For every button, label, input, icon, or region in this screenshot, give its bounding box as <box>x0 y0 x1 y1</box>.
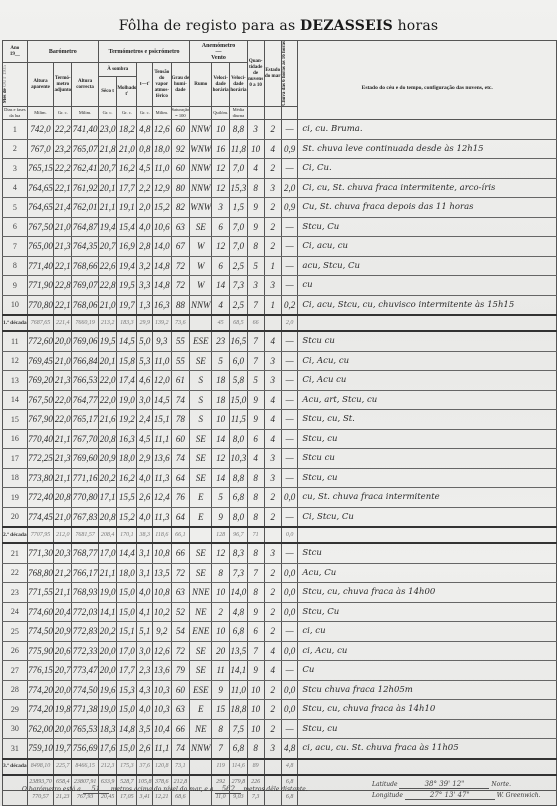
decade-sum-cell: 29,9 <box>137 315 153 331</box>
cell-seco: 22,0 <box>98 390 116 410</box>
observation-cell: ci, cu <box>298 622 557 642</box>
cell-mar: 2 <box>264 719 281 739</box>
table-row: 25774,5020,9772,8320,215,15,19,254ENE106… <box>3 622 557 642</box>
cell-rumo: SE <box>190 563 212 583</box>
cell-mar: 1 <box>264 295 281 315</box>
cell-seco: 19,0 <box>98 700 116 720</box>
cell-chuva: — <box>281 351 298 371</box>
decade-sum-cell <box>264 315 281 331</box>
wind-col-1: Rumo <box>190 63 212 107</box>
cell-alt-cor: 770,80 <box>72 488 99 508</box>
cell-dif: 2,8 <box>137 237 153 257</box>
clouds-header: Quan-tidade de nuvens 0 a 10 <box>247 41 264 107</box>
observation-cell: Ci, Acu, cu <box>298 351 557 371</box>
cell-vel-med: 11,8 <box>230 139 248 159</box>
cell-tensao: 16,3 <box>153 295 171 315</box>
observation-cell: Stcu cu <box>298 331 557 351</box>
barometer-note: O barómetro está a 51 metros acima do ní… <box>22 785 308 794</box>
cell-term: 19,7 <box>54 739 72 759</box>
cell-vel-med: 7,0 <box>230 217 248 237</box>
cell-alt-cor: 761,92 <box>72 178 99 198</box>
day-cell: 12 <box>3 351 28 371</box>
observations-header: Estado do céu e do tempo, configuração d… <box>298 41 557 120</box>
cell-seco: 18,3 <box>98 719 116 739</box>
cell-mar: 3 <box>264 543 281 563</box>
cell-mar: 2 <box>264 602 281 622</box>
day-cell: 15 <box>3 410 28 430</box>
cell-alt-ap: 772,40 <box>27 488 54 508</box>
cell-humid: 74 <box>171 390 190 410</box>
cell-tensao: 10,4 <box>153 719 171 739</box>
cell-alt-ap: 776,15 <box>27 661 54 681</box>
cell-mar: 2 <box>264 583 281 603</box>
cell-seco: 20,2 <box>98 468 116 488</box>
cell-vel-med: 15,3 <box>230 178 248 198</box>
cell-seco: 20,2 <box>98 622 116 642</box>
cell-vel: 10 <box>212 410 230 430</box>
decade-sum-cell: 119 <box>212 759 230 775</box>
decade-obs-empty <box>298 315 557 331</box>
table-row: 31759,1019,7756,6917,615,02,611,174NNW76… <box>3 739 557 759</box>
cell-alt-ap: 771,55 <box>27 583 54 603</box>
decade-summary-row: 2.ª década7707,95212,07681,57208,4170,13… <box>3 527 557 543</box>
cell-dif: 4,0 <box>137 468 153 488</box>
footer: O barómetro está a 51 metros acima do ní… <box>0 778 557 806</box>
cell-mar: 4 <box>264 410 281 430</box>
cell-vel-med: 18,8 <box>230 700 248 720</box>
cell-seco: 19,0 <box>98 583 116 603</box>
cell-alt-cor: 772,33 <box>72 641 99 661</box>
cell-mar: 3 <box>264 468 281 488</box>
decade-sum-cell: 7707,95 <box>27 527 54 543</box>
cell-vel-med: 8,8 <box>230 468 248 488</box>
cell-term: 21,3 <box>54 237 72 257</box>
table-row: 19772,4020,8770,8017,115,52,612,476E56,8… <box>3 488 557 508</box>
table-row: 28774,2020,0774,5019,615,34,310,360ESE91… <box>3 680 557 700</box>
cell-vel: 5 <box>212 351 230 371</box>
cell-chuva: — <box>281 390 298 410</box>
cell-term: 21,0 <box>54 217 72 237</box>
decade-sum-cell <box>190 527 212 543</box>
barometer-header: Barómetro <box>27 41 98 63</box>
cell-alt-cor: 741,40 <box>72 120 99 140</box>
cell-nuvens: 3 <box>247 276 264 296</box>
cell-nuvens: 8 <box>247 739 264 759</box>
cell-molh: 15,1 <box>117 622 137 642</box>
cell-alt-ap: 771,90 <box>27 276 54 296</box>
table-row: 16770,4021,1767,7020,816,34,511,160SE148… <box>3 429 557 449</box>
cell-alt-cor: 772,03 <box>72 602 99 622</box>
decade-sum-cell: 0,0 <box>281 527 298 543</box>
cell-humid: 60 <box>171 429 190 449</box>
cell-alt-cor: 768,06 <box>72 295 99 315</box>
cell-alt-ap: 765,00 <box>27 237 54 257</box>
cell-alt-cor: 767,70 <box>72 429 99 449</box>
day-cell: 24 <box>3 602 28 622</box>
cell-tensao: 12,4 <box>153 488 171 508</box>
cell-dif: 4,6 <box>137 371 153 391</box>
longitude: Longitude 27° 13' 47" W. Greenwich. <box>372 791 540 800</box>
cell-nuvens: 10 <box>247 680 264 700</box>
cell-mar: 2 <box>264 563 281 583</box>
cell-alt-cor: 768,93 <box>72 583 99 603</box>
cell-molh: 18,2 <box>117 120 137 140</box>
cell-chuva: — <box>281 449 298 469</box>
cell-alt-ap: 764,65 <box>27 198 54 218</box>
cell-seco: 14,1 <box>98 602 116 622</box>
decade-sum-cell: 221,4 <box>54 315 72 331</box>
cell-molh: 15,5 <box>117 488 137 508</box>
day-cell: 29 <box>3 700 28 720</box>
cell-rumo: E <box>190 507 212 527</box>
cell-alt-cor: 769,60 <box>72 449 99 469</box>
table-row: 18773,8021,1771,1620,216,24,011,364SE148… <box>3 468 557 488</box>
cell-tensao: 12,6 <box>153 120 171 140</box>
cell-nuvens: 9 <box>247 217 264 237</box>
cell-term: 20,6 <box>54 641 72 661</box>
cell-alt-ap: 767,50 <box>27 390 54 410</box>
decade-sum-cell: 8498,10 <box>27 759 54 775</box>
year-header: Ano19__ <box>3 41 28 63</box>
cell-vel: 2 <box>212 602 230 622</box>
cell-seco: 20,7 <box>98 159 116 179</box>
cell-alt-cor: 771,38 <box>72 700 99 720</box>
observation-cell: Stcu cu <box>298 449 557 469</box>
cell-nuvens: 9 <box>247 410 264 430</box>
cell-alt-ap: 769,20 <box>27 371 54 391</box>
cell-seco: 21,1 <box>98 563 116 583</box>
cell-term: 21,0 <box>54 351 72 371</box>
cell-chuva: 0,0 <box>281 488 298 508</box>
cell-alt-ap: 767,90 <box>27 410 54 430</box>
decade-sum-cell: 175,3 <box>117 759 137 775</box>
cell-vel: 23 <box>212 331 230 351</box>
cell-vel: 9 <box>212 680 230 700</box>
observation-cell: ci, cu. Bruma. <box>298 120 557 140</box>
cell-alt-ap: 770,80 <box>27 295 54 315</box>
cell-term: 21,1 <box>54 429 72 449</box>
cell-term: 22,0 <box>54 410 72 430</box>
day-cell: 30 <box>3 719 28 739</box>
cell-tensao: 12,0 <box>153 371 171 391</box>
cell-alt-cor: 764,87 <box>72 217 99 237</box>
cell-vel-med: 8,0 <box>230 429 248 449</box>
cell-seco: 22,8 <box>98 276 116 296</box>
day-cell: 23 <box>3 583 28 603</box>
cell-mar: 2 <box>264 217 281 237</box>
cell-vel-med: 14,0 <box>230 583 248 603</box>
cell-seco: 19,6 <box>98 680 116 700</box>
cell-humid: 60 <box>171 680 190 700</box>
decade-label: 1.ª década <box>3 315 28 331</box>
cell-vel: 12 <box>212 159 230 179</box>
day-cell: 6 <box>3 217 28 237</box>
cell-alt-ap: 772,60 <box>27 331 54 351</box>
cell-tensao: 10,8 <box>153 543 171 563</box>
cell-vel-med: 6,8 <box>230 622 248 642</box>
cell-seco: 21,0 <box>98 295 116 315</box>
cell-seco: 20,0 <box>98 641 116 661</box>
cell-mar: 2 <box>264 488 281 508</box>
cell-molh: 17,7 <box>117 661 137 681</box>
cell-nuvens: 10 <box>247 139 264 159</box>
cell-tensao: 14,5 <box>153 390 171 410</box>
cell-vel: 12 <box>212 543 230 563</box>
cell-alt-ap: 774,50 <box>27 622 54 642</box>
cell-humid: 82 <box>171 198 190 218</box>
cell-molh: 19,7 <box>117 295 137 315</box>
cell-nuvens: 7 <box>247 351 264 371</box>
cell-molh: 15,0 <box>117 700 137 720</box>
observation-cell: Stcu, cu, St. <box>298 410 557 430</box>
cell-alt-ap: 742,0 <box>27 120 54 140</box>
decade-sum-cell: 114,6 <box>230 759 248 775</box>
cell-nuvens: 8 <box>247 237 264 257</box>
decade-sum-cell: 183,3 <box>117 315 137 331</box>
cell-tensao: 14,8 <box>153 256 171 276</box>
cell-chuva: 2,0 <box>281 178 298 198</box>
day-cell: 3 <box>3 159 28 179</box>
table-row: 12769,4521,0766,8420,115,85,311,055SE56,… <box>3 351 557 371</box>
cell-dif: 0,8 <box>137 139 153 159</box>
cell-humid: 54 <box>171 622 190 642</box>
table-row: 4764,6522,1761,9220,117,72,212,980NNW121… <box>3 178 557 198</box>
cell-vel: 16 <box>212 139 230 159</box>
cell-humid: 64 <box>171 507 190 527</box>
cell-vel: 12 <box>212 237 230 257</box>
cell-tensao: 11,0 <box>153 159 171 179</box>
cell-term: 20,9 <box>54 622 72 642</box>
cell-vel-med: 16,5 <box>230 331 248 351</box>
cell-humid: 63 <box>171 217 190 237</box>
cell-nuvens: 7 <box>247 563 264 583</box>
cell-molh: 15,0 <box>117 739 137 759</box>
cell-term: 23,2 <box>54 139 72 159</box>
observation-cell: Ci, acu, Stcu, cu, chuvisco intermitente… <box>298 295 557 315</box>
decade-sum-cell: 128 <box>212 527 230 543</box>
thermometer-header: Termómetros e psicrómetro <box>98 41 189 63</box>
cell-tensao: 10,6 <box>153 217 171 237</box>
day-cell: 17 <box>3 449 28 469</box>
cell-chuva: — <box>281 661 298 681</box>
cell-vel: 6 <box>212 256 230 276</box>
decade-obs-empty <box>298 527 557 543</box>
cell-alt-ap: 765,15 <box>27 159 54 179</box>
cell-rumo: W <box>190 276 212 296</box>
cell-dif: 5,3 <box>137 351 153 371</box>
cell-alt-ap: 770,40 <box>27 429 54 449</box>
cell-dif: 2,0 <box>137 198 153 218</box>
cell-vel: 12 <box>212 178 230 198</box>
decade-sum-cell: 2,0 <box>281 315 298 331</box>
decade-sum-cell: 139,2 <box>153 315 171 331</box>
cell-mar: 3 <box>264 351 281 371</box>
cell-molh: 19,1 <box>117 198 137 218</box>
cell-molh: 19,5 <box>117 276 137 296</box>
cell-nuvens: 4 <box>247 159 264 179</box>
cell-chuva: 0,0 <box>281 602 298 622</box>
cell-alt-ap: 773,80 <box>27 468 54 488</box>
cell-nuvens: 7 <box>247 295 264 315</box>
cell-term: 21,0 <box>54 507 72 527</box>
cell-term: 22,1 <box>54 178 72 198</box>
decade-sum-cell: 4,8 <box>281 759 298 775</box>
cell-vel: 6 <box>212 217 230 237</box>
decade-sum-cell: 66 <box>247 315 264 331</box>
cell-chuva: — <box>281 371 298 391</box>
cell-chuva: 4,8 <box>281 739 298 759</box>
decade-sum-cell <box>190 759 212 775</box>
cell-mar: 3 <box>264 371 281 391</box>
cell-mar: 2 <box>264 237 281 257</box>
cell-nuvens: 6 <box>247 622 264 642</box>
cell-term: 21,4 <box>54 198 72 218</box>
cell-chuva: 0,2 <box>281 295 298 315</box>
decade-summary-row: 1.ª década7687,65221,47660,19213,2183,32… <box>3 315 557 331</box>
sea-header: Estado do mar <box>264 41 281 107</box>
cell-term: 22,2 <box>54 159 72 179</box>
table-row: 20774,4521,0767,8320,815,24,011,364E98,0… <box>3 507 557 527</box>
shade-header: À sombra <box>98 63 137 77</box>
cell-tensao: 13,5 <box>153 563 171 583</box>
rain-header: Chuva das 6 horas às 16 horas <box>281 41 298 107</box>
cell-humid: 64 <box>171 468 190 488</box>
cell-nuvens: 8 <box>247 543 264 563</box>
cell-alt-ap: 769,45 <box>27 351 54 371</box>
cell-alt-cor: 771,16 <box>72 468 99 488</box>
cell-vel: 20 <box>212 641 230 661</box>
table-row: 6767,5021,0764,8719,415,44,010,663SE67,0… <box>3 217 557 237</box>
decade-sum-cell: 120,8 <box>153 759 171 775</box>
cell-molh: 15,4 <box>117 217 137 237</box>
wind-col-2: Veloci-dade horária <box>212 63 230 107</box>
cell-chuva: — <box>281 217 298 237</box>
cell-dif: 4,8 <box>137 120 153 140</box>
title-hour: DEZASSEIS <box>300 18 393 34</box>
table-body: 1742,022,2741,4023,018,24,812,660NNW108,… <box>3 120 557 806</box>
cell-vel: 14 <box>212 276 230 296</box>
cell-tensao: 10,3 <box>153 680 171 700</box>
cell-nuvens: 9 <box>247 602 264 622</box>
cell-vel-med: 13,5 <box>230 641 248 661</box>
cell-vel: 9 <box>212 507 230 527</box>
cell-mar: 1 <box>264 256 281 276</box>
cell-term: 20,0 <box>54 719 72 739</box>
cell-humid: 92 <box>171 139 190 159</box>
cell-humid: 66 <box>171 543 190 563</box>
cell-molh: 19,0 <box>117 390 137 410</box>
cell-molh: 17,7 <box>117 178 137 198</box>
cell-tensao: 9,2 <box>153 622 171 642</box>
observation-cell: Cu <box>298 661 557 681</box>
cell-seco: 17,0 <box>98 543 116 563</box>
cell-mar: 4 <box>264 641 281 661</box>
anemometer-header: Anemómetro—Vento <box>190 41 248 63</box>
cell-rumo: ENE <box>190 622 212 642</box>
decade-sum-cell: 37,6 <box>137 759 153 775</box>
cell-alt-ap: 768,80 <box>27 563 54 583</box>
decade-sum-cell: 208,4 <box>98 527 116 543</box>
cell-term: 21,1 <box>54 583 72 603</box>
cell-nuvens: 7 <box>247 641 264 661</box>
cell-nuvens: 6 <box>247 429 264 449</box>
cell-alt-ap: 771,40 <box>27 256 54 276</box>
cell-seco: 20,0 <box>98 661 116 681</box>
cell-mar: 3 <box>264 449 281 469</box>
cell-alt-cor: 762,41 <box>72 159 99 179</box>
day-cell: 8 <box>3 256 28 276</box>
cell-vel: 5 <box>212 488 230 508</box>
cell-alt-ap: 774,20 <box>27 680 54 700</box>
cell-humid: 52 <box>171 602 190 622</box>
cell-mar: 2 <box>264 622 281 642</box>
cell-dif: 5,1 <box>137 622 153 642</box>
cell-alt-ap: 774,60 <box>27 602 54 622</box>
day-cell: 5 <box>3 198 28 218</box>
cell-term: 22,0 <box>54 390 72 410</box>
decade-label: 2.ª década <box>3 527 28 543</box>
cell-humid: 72 <box>171 641 190 661</box>
cell-tensao: 18,0 <box>153 139 171 159</box>
decade-sum-cell: 225,7 <box>54 759 72 775</box>
cell-rumo: SE <box>190 351 212 371</box>
cell-molh: 15,2 <box>117 507 137 527</box>
cell-chuva: 0,9 <box>281 139 298 159</box>
cell-humid: 72 <box>171 256 190 276</box>
cell-rumo: W <box>190 237 212 257</box>
cell-alt-cor: 764,35 <box>72 237 99 257</box>
cell-alt-cor: 766,17 <box>72 563 99 583</box>
cell-seco: 23,0 <box>98 120 116 140</box>
thermo-col-2: Molhado t' <box>117 77 137 107</box>
latitude: Latitude 38° 39' 12" Norte. <box>372 780 511 789</box>
cell-vel-med: 6,0 <box>230 351 248 371</box>
cell-dif: 3,3 <box>137 276 153 296</box>
cell-alt-cor: 762,01 <box>72 198 99 218</box>
observation-cell: Ci, Cu. <box>298 159 557 179</box>
cell-dif: 2,6 <box>137 739 153 759</box>
cell-vel-med: 6,8 <box>230 739 248 759</box>
observation-cell: Ci, acu, cu <box>298 237 557 257</box>
decade-sum-cell: 68,5 <box>230 315 248 331</box>
cell-vel-med: 15,0 <box>230 390 248 410</box>
observation-cell: Acu, art, Stcu, cu <box>298 390 557 410</box>
decade-sum-cell: 212,3 <box>98 759 116 775</box>
cell-dif: 2,4 <box>137 410 153 430</box>
cell-chuva: — <box>281 410 298 430</box>
cell-tensao: 10,2 <box>153 602 171 622</box>
cell-dif: 3,2 <box>137 256 153 276</box>
cell-molh: 21,0 <box>117 139 137 159</box>
cell-molh: 16,9 <box>117 237 137 257</box>
cell-tensao: 11,0 <box>153 351 171 371</box>
observation-cell: cu <box>298 276 557 296</box>
cell-tensao: 10,8 <box>153 583 171 603</box>
cell-term: 22,1 <box>54 256 72 276</box>
baro-col-1: Altura aparente <box>27 63 54 107</box>
cell-vel-med: 1,5 <box>230 198 248 218</box>
cell-mar: 3 <box>264 178 281 198</box>
cell-tensao: 9,3 <box>153 331 171 351</box>
cell-nuvens: 5 <box>247 256 264 276</box>
decade-sum-cell: 213,2 <box>98 315 116 331</box>
cell-vel-med: 2,5 <box>230 256 248 276</box>
cell-term: 21,3 <box>54 371 72 391</box>
cell-mar: 4 <box>264 331 281 351</box>
cell-vel: 11 <box>212 661 230 681</box>
cell-vel-med: 11,0 <box>230 680 248 700</box>
cell-alt-cor: 764,77 <box>72 390 99 410</box>
